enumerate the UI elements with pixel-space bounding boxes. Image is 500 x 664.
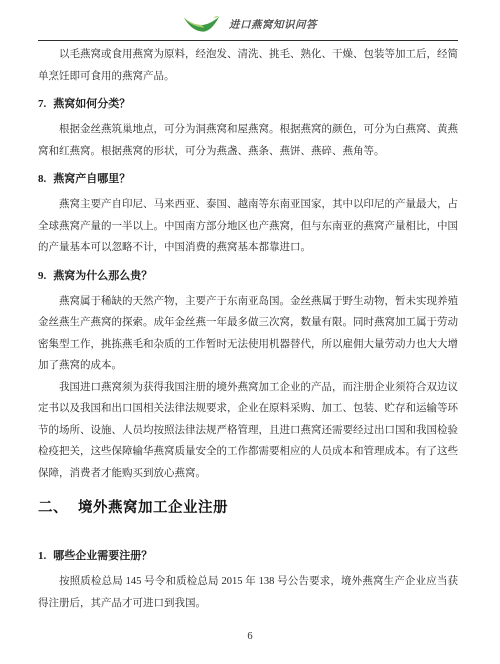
intro-paragraph: 以毛燕窝或食用燕窝为原料，经泡发、清洗、挑毛、熟化、干燥、包装等加工后，经简单烹… xyxy=(38,44,458,87)
answer-paragraph: 燕窝主要产自印尼、马来西亚、泰国、越南等东南亚国家，其中以印尼的产量最大，占全球… xyxy=(38,194,458,259)
question-heading-1: 1.哪些企业需要注册？ xyxy=(38,548,458,564)
question-text: 燕窝为什么那么贵？ xyxy=(53,270,152,282)
header-title: 进口燕窝知识问答 xyxy=(229,17,317,32)
question-text: 燕窝产自哪里？ xyxy=(53,173,130,185)
question-heading-8: 8.燕窝产自哪里？ xyxy=(38,171,458,187)
chapter-heading: 二、境外燕窝加工企业注册 xyxy=(38,498,458,518)
question-number: 7. xyxy=(38,98,46,110)
page-footer: 6 xyxy=(0,626,500,644)
answer-paragraph: 我国进口燕窝须为获得我国注册的境外燕窝加工企业的产品，而注册企业须符合双边议定书… xyxy=(38,377,458,485)
green-swoosh-logo-icon xyxy=(183,13,220,36)
header-divider xyxy=(38,40,458,41)
question-number: 1. xyxy=(38,550,46,562)
question-heading-7: 7.燕窝如何分类？ xyxy=(38,96,458,112)
question-text: 燕窝如何分类？ xyxy=(53,98,130,110)
question-text: 哪些企业需要注册？ xyxy=(53,550,152,562)
answer-paragraph: 根据金丝燕筑巢地点，可分为洞燕窝和屋燕窝。根据燕窝的颜色，可分为白燕窝、黄燕窝和… xyxy=(38,119,458,162)
chapter-title: 境外燕窝加工企业注册 xyxy=(78,500,228,516)
document-body: 以毛燕窝或食用燕窝为原料，经泡发、清洗、挑毛、熟化、干燥、包装等加工后，经简单烹… xyxy=(38,44,458,614)
page-number: 6 xyxy=(247,631,252,642)
chapter-number: 二、 xyxy=(38,500,68,516)
question-number: 8. xyxy=(38,173,46,185)
page-header: 进口燕窝知识问答 xyxy=(0,10,500,38)
answer-paragraph: 按照质检总局 145 号令和质检总局 2015 年 138 号公告要求，境外燕窝… xyxy=(38,571,458,614)
question-number: 9. xyxy=(38,270,46,282)
document-page: 进口燕窝知识问答 以毛燕窝或食用燕窝为原料，经泡发、清洗、挑毛、熟化、干燥、包装… xyxy=(0,0,500,664)
answer-paragraph: 燕窝属于稀缺的天然产物，主要产于东南亚岛国。金丝燕属于野生动物，暂未实现养殖金丝… xyxy=(38,291,458,377)
question-heading-9: 9.燕窝为什么那么贵？ xyxy=(38,268,458,284)
